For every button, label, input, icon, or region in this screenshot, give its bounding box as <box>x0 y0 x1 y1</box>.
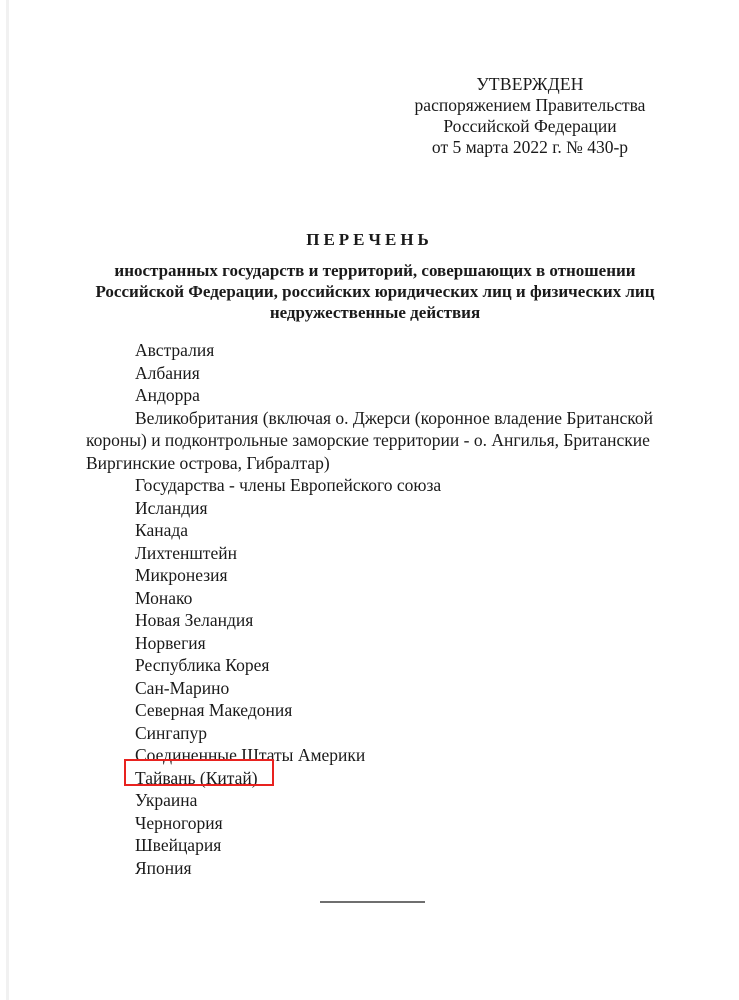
document-subtitle: иностранных государств и территорий, сов… <box>90 260 660 323</box>
list-item: Япония <box>86 857 676 880</box>
country-list: Австралия Албания Андорра Великобритания… <box>86 339 676 879</box>
approval-stamp: УТВЕРЖДЕН <box>400 74 660 95</box>
list-item: Лихтенштейн <box>86 542 676 565</box>
approval-line-1: распоряжением Правительства <box>400 95 660 116</box>
list-item: Андорра <box>86 384 676 407</box>
list-item: Сан-Марино <box>86 677 676 700</box>
approval-line-2: Российской Федерации <box>400 116 660 137</box>
approval-block: УТВЕРЖДЕН распоряжением Правительства Ро… <box>400 74 660 158</box>
list-item: Государства - члены Европейского союза <box>86 474 676 497</box>
list-item: Великобритания (включая о. Джерси (корон… <box>86 407 676 475</box>
list-item: Украина <box>86 789 676 812</box>
page-edge-shadow <box>6 0 9 1000</box>
approval-line-3: от 5 марта 2022 г. № 430-р <box>400 137 660 158</box>
list-item: Республика Корея <box>86 654 676 677</box>
list-item: Исландия <box>86 497 676 520</box>
list-item: Новая Зеландия <box>86 609 676 632</box>
list-item: Албания <box>86 362 676 385</box>
list-item: Микронезия <box>86 564 676 587</box>
list-item: Швейцария <box>86 834 676 857</box>
list-item: Монако <box>86 587 676 610</box>
document-title: ПЕРЕЧЕНЬ <box>0 230 739 250</box>
list-item: Черногория <box>86 812 676 835</box>
highlight-annotation-box <box>124 759 274 786</box>
end-divider <box>320 901 425 903</box>
list-item: Норвегия <box>86 632 676 655</box>
list-item: Канада <box>86 519 676 542</box>
list-item: Австралия <box>86 339 676 362</box>
list-item: Сингапур <box>86 722 676 745</box>
list-item: Северная Македония <box>86 699 676 722</box>
